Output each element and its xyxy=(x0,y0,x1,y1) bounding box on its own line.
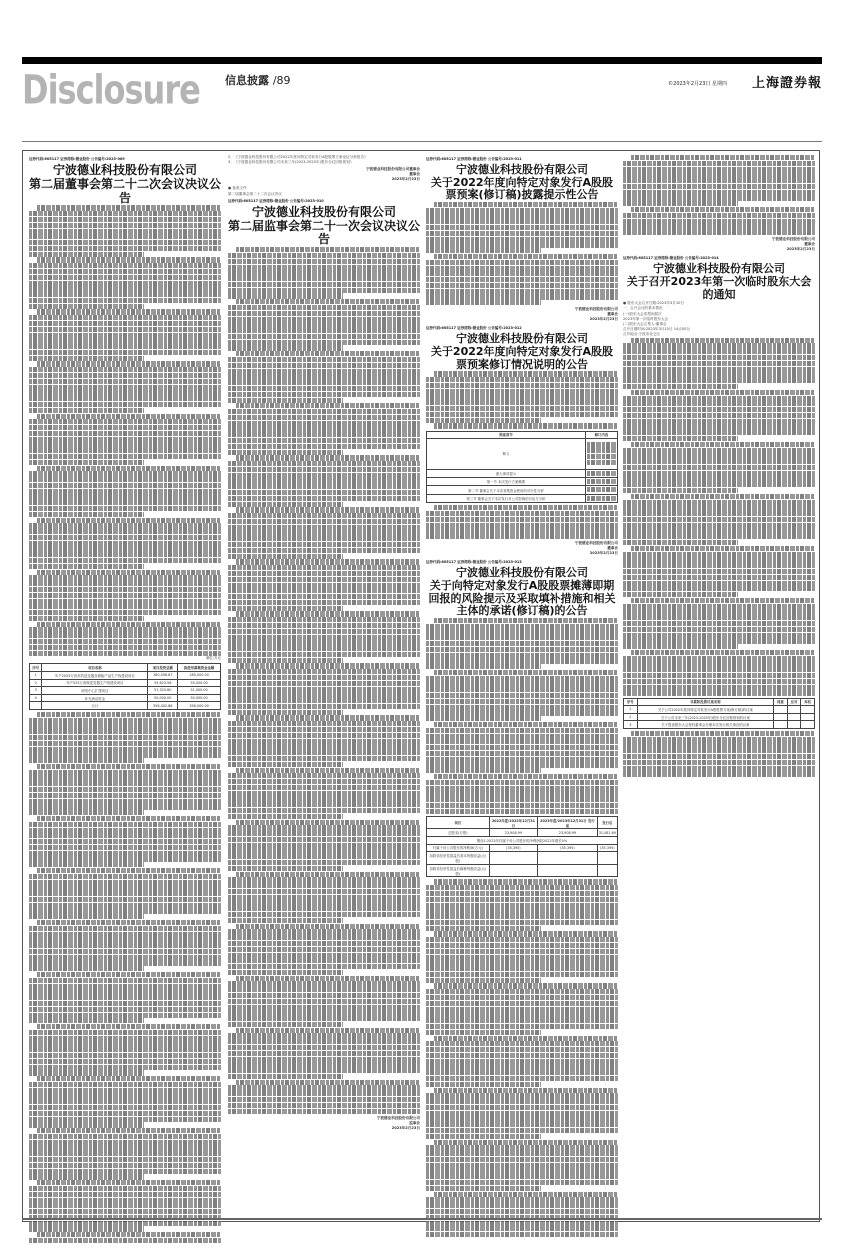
text-line xyxy=(228,854,420,859)
text-line xyxy=(228,1033,420,1038)
text-line xyxy=(29,246,221,251)
text-line xyxy=(228,1051,420,1056)
text-line xyxy=(29,217,221,222)
text-line xyxy=(29,897,221,902)
text-line xyxy=(29,937,221,942)
text-line xyxy=(426,208,618,213)
article-body xyxy=(623,731,815,777)
text-line xyxy=(228,848,420,853)
text-line xyxy=(29,408,144,413)
text-line xyxy=(228,554,343,559)
text-line xyxy=(228,380,420,385)
text-line xyxy=(623,748,815,753)
text-line xyxy=(29,955,221,960)
text-line xyxy=(623,667,815,672)
text-line xyxy=(29,477,221,482)
text-line xyxy=(29,914,144,919)
text-line xyxy=(434,618,618,623)
text-line xyxy=(236,299,420,304)
text-line xyxy=(228,317,420,322)
text-line xyxy=(29,758,144,763)
article-title: 第二届监事会第二十一次会议决议公告 xyxy=(228,220,420,248)
text-line xyxy=(228,571,420,576)
newspaper-logo: 上海證券報 xyxy=(752,72,822,91)
text-line xyxy=(236,559,420,564)
text-line xyxy=(623,621,815,626)
text-line xyxy=(29,263,221,268)
text-line xyxy=(228,542,420,547)
text-line xyxy=(426,383,618,388)
table-row: 2年产525万套微逆变器生产线建设项目55,623.5855,000.00 xyxy=(30,679,221,687)
column-1: 证券代码:605117 证券简称:德业股份 公告编号:2023-009 宁波德业… xyxy=(29,155,221,1244)
text-line xyxy=(29,1134,221,1139)
text-line xyxy=(623,575,815,580)
text-line xyxy=(426,1099,618,1104)
text-line xyxy=(228,1085,420,1090)
text-line xyxy=(426,1134,541,1139)
text-line xyxy=(29,856,221,861)
text-line xyxy=(29,775,221,780)
text-line xyxy=(29,281,221,286)
text-line xyxy=(29,1111,221,1116)
text-line xyxy=(426,710,618,715)
text-line xyxy=(426,1174,618,1179)
table-row: 总股本(万股)23,908.9923,908.9931,081.69 xyxy=(427,829,618,837)
text-line xyxy=(426,809,618,814)
text-line xyxy=(623,407,815,412)
text-line xyxy=(37,414,221,419)
text-line xyxy=(623,355,815,360)
text-line xyxy=(228,415,420,420)
text-line xyxy=(29,489,221,494)
text-line xyxy=(29,610,221,615)
text-line xyxy=(29,839,221,844)
table-row: 第三节 董事会关于本次发行对公司影响的讨论与分析 xyxy=(427,494,618,502)
text-line xyxy=(236,247,420,252)
meeting-details: ● 股东大会召开日期:2023年3月10日一、召开会议的基本情况(一)股东大会类… xyxy=(623,301,815,337)
text-line xyxy=(623,190,815,195)
text-line xyxy=(623,448,815,453)
text-line xyxy=(623,465,815,470)
text-line xyxy=(228,513,420,518)
text-line xyxy=(228,773,420,778)
signature: 宁波德业科技股份有限公司董事会董事会2023年2月23日 xyxy=(228,167,420,182)
text-line xyxy=(228,1022,343,1027)
text-line xyxy=(37,764,221,769)
text-line xyxy=(623,656,815,661)
text-line xyxy=(228,756,420,761)
text-line xyxy=(623,195,815,200)
text-line xyxy=(228,710,343,715)
text-line xyxy=(426,289,618,294)
text-line xyxy=(228,750,420,755)
bottom-rule xyxy=(22,1218,822,1220)
text-line xyxy=(29,1065,221,1070)
text-line xyxy=(426,1105,618,1110)
article-body xyxy=(426,202,618,305)
dateline: ©2023年2月23日 星期四 xyxy=(668,80,727,87)
text-line xyxy=(29,851,221,856)
text-line xyxy=(228,409,420,414)
text-line xyxy=(623,476,815,481)
text-line xyxy=(236,976,420,981)
text-line xyxy=(37,622,221,627)
table-row: 重大事项提示 xyxy=(427,469,618,477)
text-line xyxy=(426,891,618,896)
text-line xyxy=(426,1203,618,1208)
text-line xyxy=(426,1128,618,1133)
text-line xyxy=(228,328,420,333)
text-line xyxy=(426,908,618,913)
table-row: 假设1:2023年归属于母公司股东的净利润较2022年增长0% xyxy=(427,837,618,845)
text-line xyxy=(623,401,815,406)
text-line xyxy=(426,1226,618,1231)
text-line xyxy=(29,454,221,459)
text-line xyxy=(228,958,420,963)
text-line xyxy=(228,843,420,848)
text-line xyxy=(623,581,815,586)
text-line xyxy=(426,943,618,948)
text-line xyxy=(228,692,420,697)
text-line xyxy=(434,983,618,988)
table-row: 归属于母公司股东的净利润(万元)(35,395)(35,395)(35,395) xyxy=(427,844,618,852)
text-line xyxy=(426,225,618,230)
text-line xyxy=(426,1001,618,1006)
text-line xyxy=(623,378,815,383)
text-line xyxy=(426,248,541,253)
text-line xyxy=(426,989,618,994)
text-line xyxy=(426,745,618,750)
text-line xyxy=(29,1209,221,1214)
text-line xyxy=(623,172,815,177)
article-body xyxy=(228,247,420,1114)
text-line xyxy=(228,808,420,813)
text-line xyxy=(426,1157,618,1162)
text-line xyxy=(426,791,618,796)
text-line xyxy=(426,960,618,965)
text-line xyxy=(29,1041,221,1046)
text-line xyxy=(426,693,618,698)
text-line xyxy=(29,575,221,580)
text-line xyxy=(228,1109,420,1114)
text-line xyxy=(426,647,618,652)
table-row: 3研发中心扩建项目51,320.8051,000.00 xyxy=(30,687,221,695)
article-title: 第二届董事会第二十二次会议决议公告 xyxy=(29,178,221,206)
text-line xyxy=(228,548,420,553)
text-line xyxy=(426,972,618,977)
text-line xyxy=(228,993,420,998)
text-line xyxy=(426,412,618,417)
text-line xyxy=(623,488,738,493)
text-line xyxy=(228,617,420,622)
text-line xyxy=(228,450,343,455)
text-line xyxy=(426,681,618,686)
table-row: 4补充流动资金50,000.0050,000.00 xyxy=(30,694,221,702)
text-line xyxy=(29,822,221,827)
text-line xyxy=(426,1076,618,1081)
text-line xyxy=(623,523,815,528)
text-line xyxy=(228,519,420,524)
text-line xyxy=(29,535,221,540)
text-line xyxy=(29,327,221,332)
dilution-table: 项目2022年度/2022年12月31日2023年度/2023年12月31日 发… xyxy=(426,816,618,878)
text-line xyxy=(29,356,144,361)
text-line xyxy=(29,431,221,436)
article-meta: 证券代码:605117 证券简称:德业股份 公告编号:2023-013 xyxy=(426,560,618,565)
article-body xyxy=(623,155,815,235)
text-line xyxy=(426,237,618,242)
text-line xyxy=(426,260,618,265)
text-line xyxy=(426,523,618,528)
text-line xyxy=(426,978,541,983)
text-line xyxy=(434,423,618,428)
text-line xyxy=(29,442,221,447)
text-line xyxy=(426,966,618,971)
text-line xyxy=(228,964,420,969)
text-line xyxy=(228,490,420,495)
text-line xyxy=(29,390,221,395)
text-line xyxy=(623,167,815,172)
text-line xyxy=(228,866,343,871)
text-line xyxy=(29,1186,221,1191)
text-line xyxy=(623,343,815,348)
text-line xyxy=(37,1024,221,1029)
text-line xyxy=(29,367,221,372)
text-line xyxy=(29,1082,221,1087)
text-line xyxy=(623,661,815,666)
table-row: 第一节 本次发行方案概要 xyxy=(427,478,618,486)
text-line xyxy=(228,669,420,674)
text-line xyxy=(228,276,420,281)
text-line xyxy=(29,978,221,983)
text-line xyxy=(29,1169,221,1174)
table-row: 1年产2025万套高效逆变器及储能产品生产线建设项目180,458.87180,… xyxy=(30,671,221,679)
text-line xyxy=(631,546,815,551)
text-line xyxy=(29,908,221,913)
text-line xyxy=(228,444,420,449)
text-line xyxy=(434,1088,618,1093)
text-line xyxy=(631,442,815,447)
text-line xyxy=(623,361,815,366)
text-line xyxy=(37,309,221,314)
text-line xyxy=(228,606,343,611)
text-line xyxy=(426,797,618,802)
text-line xyxy=(37,920,221,925)
text-line xyxy=(228,831,420,836)
text-line xyxy=(228,1074,343,1079)
article-title: 关于2022年度向特定对象发行A股股票预案(修订稿)披露提示性公告 xyxy=(426,177,618,202)
announcement-frame: 证券代码:605117 证券简称:德业股份 公告编号:2023-009 宁波德业… xyxy=(22,150,820,1222)
text-line xyxy=(29,1221,221,1226)
text-line xyxy=(228,426,420,431)
text-line xyxy=(228,421,420,426)
text-line xyxy=(29,793,221,798)
masthead-top-bar xyxy=(22,57,822,64)
article-meta: 证券代码:605117 证券简称:德业股份 公告编号:2023-010 xyxy=(228,199,420,204)
text-line xyxy=(228,947,420,952)
text-line xyxy=(623,372,815,377)
text-line xyxy=(228,825,420,830)
text-line xyxy=(623,540,738,545)
text-line xyxy=(29,506,221,511)
text-line xyxy=(29,298,221,303)
text-line xyxy=(29,1105,221,1110)
text-line xyxy=(434,371,618,376)
text-line xyxy=(228,293,343,298)
text-line xyxy=(623,471,815,476)
text-line xyxy=(29,1151,221,1156)
text-line xyxy=(426,955,618,960)
text-line xyxy=(29,483,221,488)
text-line xyxy=(623,627,815,632)
signature: 宁波德业科技股份有限公司董事会2023年2月23日 xyxy=(426,307,618,322)
text-line xyxy=(228,877,420,882)
text-line xyxy=(631,598,815,603)
text-line xyxy=(236,507,420,512)
text-line xyxy=(426,1018,618,1023)
table-row: 释义 xyxy=(427,439,618,470)
text-line xyxy=(37,570,221,575)
text-line xyxy=(228,727,420,732)
text-line xyxy=(434,774,618,779)
text-line xyxy=(228,530,420,535)
text-line xyxy=(228,398,343,403)
text-line xyxy=(434,879,618,884)
text-line xyxy=(426,897,618,902)
text-line xyxy=(426,920,618,925)
text-line xyxy=(228,253,420,258)
text-line xyxy=(29,874,221,879)
text-line xyxy=(426,1093,618,1098)
text-line xyxy=(29,581,221,586)
text-line xyxy=(434,670,618,675)
text-line xyxy=(29,523,221,528)
text-line xyxy=(228,941,420,946)
text-line xyxy=(228,814,343,819)
text-line xyxy=(29,752,221,757)
text-line xyxy=(426,716,541,721)
text-line xyxy=(228,860,420,865)
text-line xyxy=(426,1059,618,1064)
text-line xyxy=(228,623,420,628)
text-line xyxy=(29,810,144,815)
text-line xyxy=(228,981,420,986)
article-body xyxy=(426,371,618,428)
text-line xyxy=(426,624,618,629)
text-line xyxy=(37,466,221,471)
text-line xyxy=(228,1057,420,1062)
text-line xyxy=(426,394,618,399)
text-line xyxy=(29,275,221,280)
article-body xyxy=(426,618,618,814)
text-line xyxy=(426,937,618,942)
text-line xyxy=(228,363,420,368)
text-line xyxy=(426,1041,618,1046)
text-line xyxy=(228,791,420,796)
text-line xyxy=(228,929,420,934)
text-line xyxy=(623,453,815,458)
text-line xyxy=(29,448,221,453)
text-line xyxy=(228,646,420,651)
text-line xyxy=(37,1180,221,1185)
text-line xyxy=(426,751,618,756)
reference-docs: ● 备查文件第二届董事会第二十二次会议决议 xyxy=(228,186,420,196)
text-line xyxy=(29,1013,221,1018)
text-line xyxy=(623,557,815,562)
text-line xyxy=(426,1209,618,1214)
text-line xyxy=(29,229,221,234)
text-line xyxy=(426,400,618,405)
text-line xyxy=(29,385,221,390)
text-line xyxy=(228,496,420,501)
text-line xyxy=(29,1157,221,1162)
text-line xyxy=(29,828,221,833)
text-line xyxy=(426,389,618,394)
text-line xyxy=(426,1180,618,1185)
text-line xyxy=(29,529,221,534)
text-line xyxy=(29,1059,221,1064)
text-line xyxy=(37,868,221,873)
text-line xyxy=(426,1151,618,1156)
text-line xyxy=(29,1174,144,1179)
text-line xyxy=(623,552,815,557)
text-line xyxy=(228,635,420,640)
text-line xyxy=(426,213,618,218)
text-line xyxy=(29,1099,221,1104)
table-row: 第二节 董事会关于本次募集资金使用的可行性分析 xyxy=(427,486,618,494)
text-line xyxy=(426,1053,618,1058)
text-line xyxy=(434,1140,618,1145)
text-line xyxy=(623,633,815,638)
column-4: 宁波德业科技股份有限公司董事会2023年2月23日 证券代码:605117 证券… xyxy=(623,155,815,777)
text-line xyxy=(236,820,420,825)
text-line xyxy=(29,741,221,746)
text-line xyxy=(623,161,815,166)
text-line xyxy=(37,1232,221,1237)
brand-wordmark: Disclosure xyxy=(22,66,200,114)
text-line xyxy=(29,645,221,650)
article-title: 关于2022年度向特定对象发行A股股票预案修订情况说明的公告 xyxy=(426,346,618,371)
text-line xyxy=(623,184,815,189)
text-line xyxy=(426,635,618,640)
text-line xyxy=(29,804,221,809)
text-line xyxy=(228,374,420,379)
text-line xyxy=(434,1192,618,1197)
text-line xyxy=(623,754,815,759)
text-line xyxy=(29,995,221,1000)
text-line xyxy=(228,565,420,570)
text-line xyxy=(228,970,343,975)
text-line xyxy=(228,762,343,767)
text-line xyxy=(623,586,815,591)
text-line xyxy=(228,912,420,917)
text-line xyxy=(623,413,815,418)
text-line xyxy=(37,205,221,210)
text-line xyxy=(426,271,618,276)
text-line xyxy=(623,500,815,505)
text-line xyxy=(228,1068,420,1073)
text-line xyxy=(228,987,420,992)
text-line xyxy=(228,733,420,738)
text-line xyxy=(631,650,815,655)
text-line xyxy=(29,723,221,728)
list-item: 3、《宁波德业科技股份有限公司未来三年(2023-2025年)股东分红回报规划》 xyxy=(228,160,420,165)
text-line xyxy=(29,799,221,804)
text-line xyxy=(623,569,815,574)
article-body xyxy=(426,505,618,539)
text-line xyxy=(29,880,221,885)
table-unit: 单位:万元 xyxy=(29,656,221,661)
